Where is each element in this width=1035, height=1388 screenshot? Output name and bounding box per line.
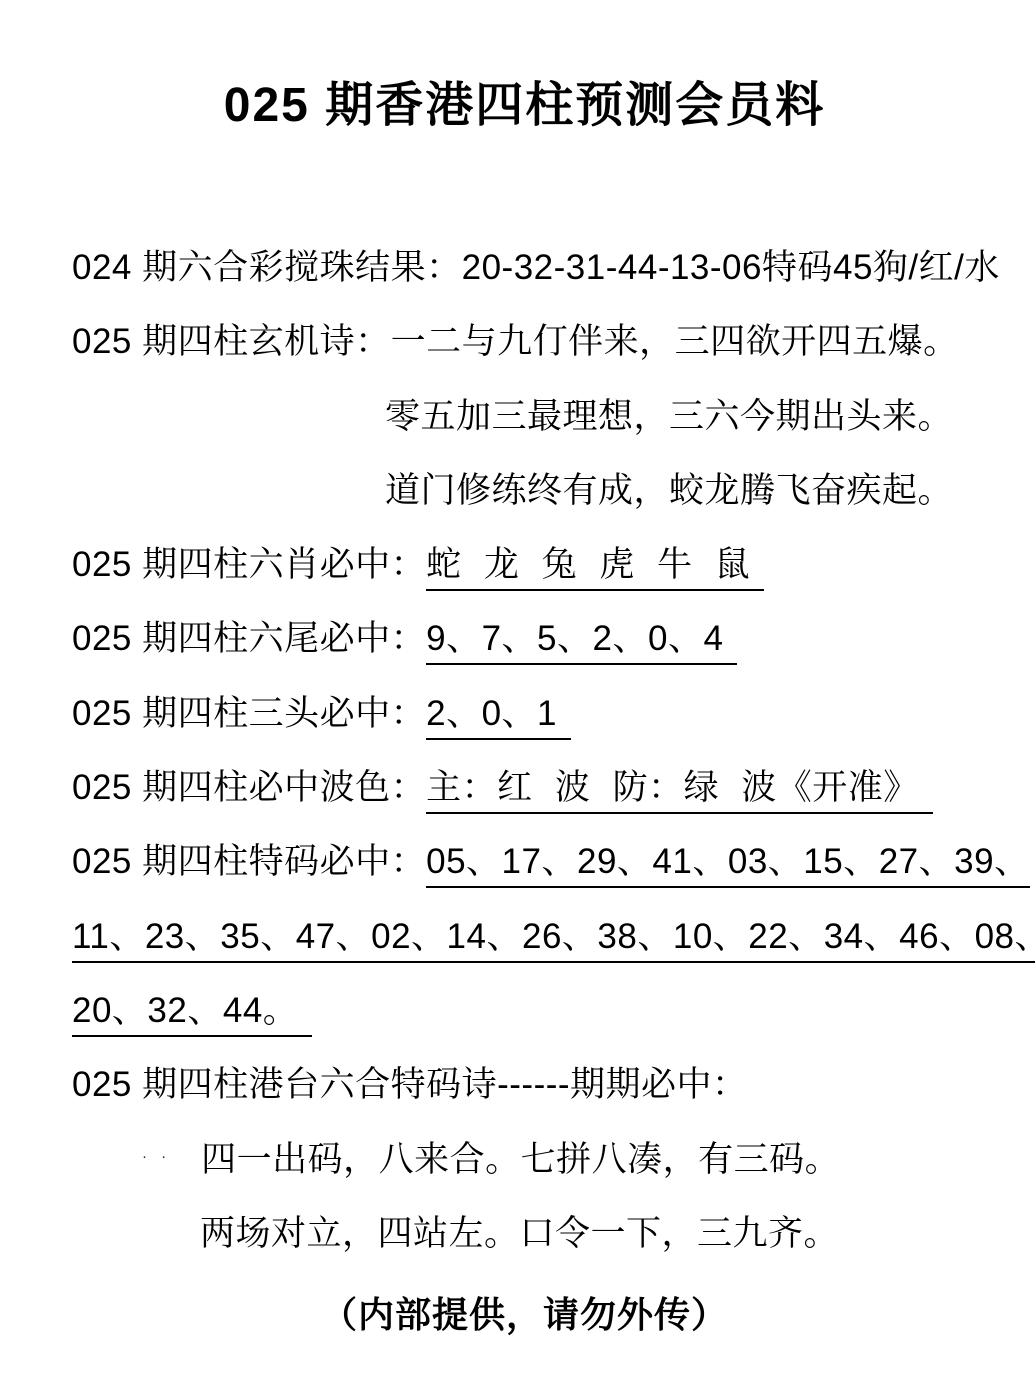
six-zodiac-label: 025 期四柱六肖必中： (72, 545, 426, 584)
special-numbers-line-1: 025 期四柱特码必中：05、17、29、41、03、15、27、39、 (72, 841, 977, 882)
mystery-poem-verse-1: 一二与九仃伴来，三四欲开四五爆。 (391, 322, 959, 361)
three-head-label: 025 期四柱三头必中： (72, 694, 426, 733)
wave-color-line: 025 期四柱必中波色：主：红 波 防：绿 波《开准》 (72, 767, 977, 808)
six-tail-label: 025 期四柱六尾必中： (72, 619, 426, 658)
mystery-poem-line-3: 道门修练终有成，蛟龙腾飞奋疾起。 (385, 470, 977, 511)
wave-color-value: 主：红 波 防：绿 波《开准》 (426, 768, 933, 814)
mystery-poem-label: 025 期四柱玄机诗： (72, 322, 391, 361)
six-zodiac-line: 025 期四柱六肖必中：蛇 龙 兔 虎 牛 鼠 (72, 544, 977, 585)
mystery-poem-line-1: 025 期四柱玄机诗：一二与九仃伴来，三四欲开四五爆。 (72, 321, 977, 362)
special-poem-verse-2: 两场对立，四站左。口令一下，三九齐。 (200, 1214, 839, 1253)
dots-marker: · · (142, 1148, 171, 1165)
special-poem-verse-1: 四一出码，八来合。七拼八凑，有三码。 (201, 1140, 840, 1179)
six-tail-value: 9、7、5、2、0、4 (426, 619, 737, 665)
special-numbers-label: 025 期四柱特码必中： (72, 842, 426, 881)
special-numbers-values-3: 20、32、44。 (72, 991, 312, 1037)
special-poem-line-2: 两场对立，四站左。口令一下，三九齐。 (200, 1213, 977, 1254)
special-numbers-values-1: 05、17、29、41、03、15、27、39、 (426, 842, 1029, 888)
special-numbers-line-2: 11、23、35、47、02、14、26、38、10、22、34、46、08、 (72, 916, 977, 957)
six-zodiac-value: 蛇 龙 兔 虎 牛 鼠 (426, 545, 764, 591)
mystery-poem-line-2: 零五加三最理想，三六今期出头来。 (385, 396, 977, 437)
lottery-result-value: 20-32-31-44-13-06特码45狗/红/水 (462, 248, 1000, 287)
wave-color-label: 025 期四柱必中波色： (72, 768, 426, 807)
mystery-poem-verse-3: 道门修练终有成，蛟龙腾飞奋疾起。 (385, 471, 953, 510)
lottery-result-label: 024 期六合彩搅珠结果： (72, 248, 462, 287)
special-poem-line-1: · ·四一出码，八来合。七拼八凑，有三码。 (72, 1139, 977, 1180)
three-head-value: 2、0、1 (426, 694, 571, 740)
document-page: 025 期香港四柱预测会员料 024 期六合彩搅珠结果：20-32-31-44-… (0, 0, 1035, 1388)
special-numbers-values-2: 11、23、35、47、02、14、26、38、10、22、34、46、08、 (72, 917, 1035, 963)
lottery-result-line: 024 期六合彩搅珠结果：20-32-31-44-13-06特码45狗/红/水 (72, 247, 977, 288)
three-head-line: 025 期四柱三头必中：2、0、1 (72, 693, 977, 734)
page-title: 025 期香港四柱预测会员料 (72, 66, 977, 135)
special-poem-heading: 025 期四柱港台六合特码诗------期期必中： (72, 1064, 977, 1105)
footer-notice: （内部提供，请勿外传） (72, 1287, 977, 1338)
mystery-poem-verse-2: 零五加三最理想，三六今期出头来。 (385, 397, 953, 436)
six-tail-line: 025 期四柱六尾必中：9、7、5、2、0、4 (72, 618, 977, 659)
special-poem-heading-text: 025 期四柱港台六合特码诗------期期必中： (72, 1065, 748, 1104)
special-numbers-line-3: 20、32、44。 (72, 990, 977, 1031)
